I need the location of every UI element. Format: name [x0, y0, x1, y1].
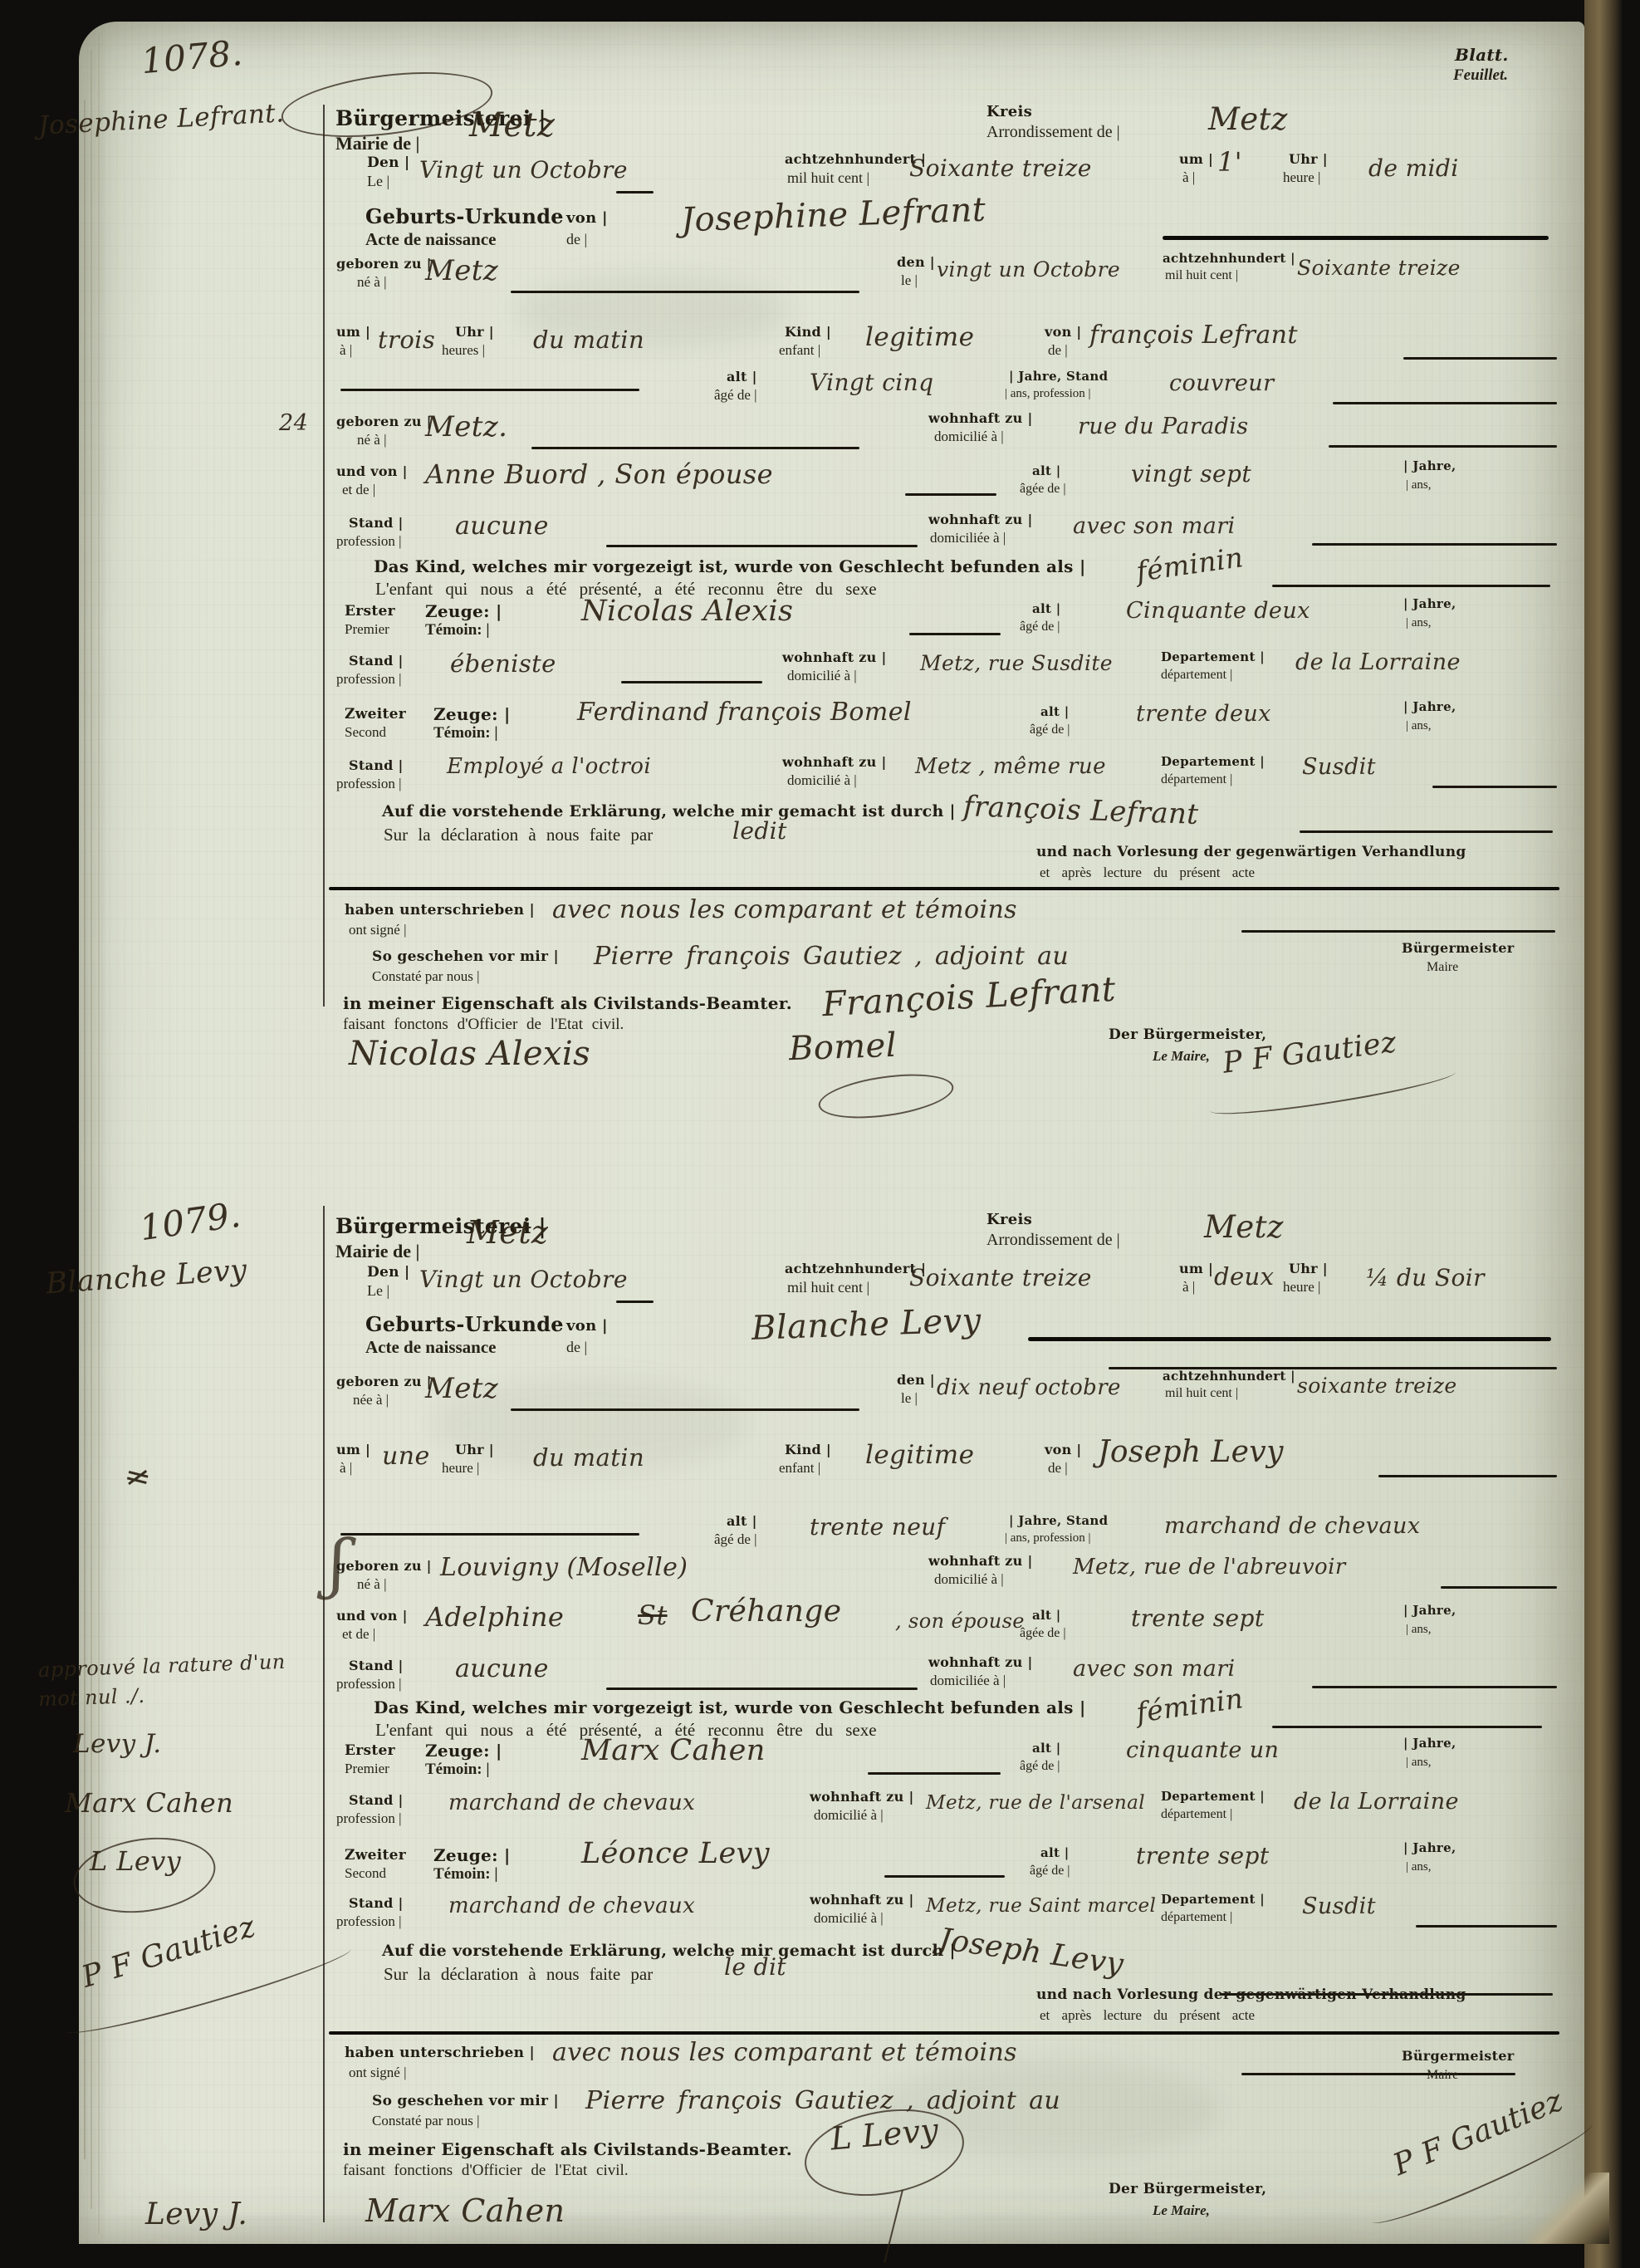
achtzehnhundert-label: achtzehnhundert | [785, 1261, 926, 1276]
departement-de-label: Departement | [1161, 1789, 1265, 1804]
de-label: de | [566, 231, 587, 248]
fill-line [909, 633, 1001, 635]
jahre-label: | Jahre, [1403, 1840, 1456, 1855]
birth-place-value: Metz [425, 1372, 498, 1405]
fill-line [621, 681, 762, 683]
witness1-age-value: Cinquante deux [1126, 598, 1310, 624]
a-label: à | [1182, 1279, 1195, 1296]
stand-label: Stand | [349, 653, 404, 669]
mother-first-value: Adelphine [425, 1601, 564, 1633]
jahre-label: | Jahre, [1403, 1603, 1456, 1618]
mil-huit-cent-label: mil huit cent | [1165, 268, 1238, 283]
haben-label: haben unterschrieben | [345, 902, 535, 918]
wohnhaft-label: wohnhaft zu | [928, 1553, 1033, 1569]
jahre-label: | Jahre, [1403, 1736, 1456, 1751]
heure-label: heure | [1283, 1279, 1320, 1296]
alt-label: alt | [1032, 601, 1061, 616]
book-gutter [1584, 0, 1623, 2268]
profession-label: profession | [336, 1676, 401, 1692]
father-value: Joseph Levy [1098, 1435, 1284, 1469]
recorded-by-value: Pierre françois Gautiez , adjoint au [594, 942, 1069, 971]
zeuge-label: Zeuge: | [433, 704, 511, 724]
nee-a-label: née à | [353, 1392, 389, 1408]
geboren-zu-label: geboren zu | [336, 1374, 432, 1389]
mother-profession-value: aucune [455, 512, 549, 541]
ans-label: | ans, [1406, 1860, 1432, 1874]
birth-year-value: soixante treize [1297, 1374, 1457, 1398]
witness1-residence-value: Metz, rue de l'arsenal [926, 1792, 1145, 1814]
witness2-residence-value: Metz, rue Saint marcel [926, 1895, 1156, 1917]
heure-label: heure | [442, 1460, 479, 1477]
ne-a-label: né à | [357, 274, 387, 291]
wohnhaft-label: wohnhaft zu | [928, 410, 1033, 426]
haben-label: haben unterschrieben | [345, 2045, 535, 2061]
das-kind-label: Das Kind, welches mir vorgezeigt ist, wu… [374, 1697, 1086, 1717]
age-de-label: âgé de | [714, 387, 757, 404]
stand-label: Stand | [349, 1895, 404, 1911]
signature-row-2: Marx Cahen [365, 2192, 565, 2229]
fill-line [606, 1688, 918, 1690]
achtzehnhundert-label: achtzehnhundert | [1163, 251, 1295, 266]
fill-line [340, 389, 639, 391]
wohnhaft-label: wohnhaft zu | [928, 512, 1033, 527]
a-label: à | [340, 342, 352, 359]
domiciliee-label: domiciliée à | [930, 530, 1006, 546]
domicilie-label: domicilié à | [814, 1807, 884, 1824]
zeuge-label: Zeuge: | [425, 601, 502, 621]
um-label: um | [336, 1442, 370, 1457]
act-hour-value: 1' [1217, 146, 1242, 178]
ont-signe-label: ont signé | [349, 922, 407, 938]
age-de-label: âgé de | [714, 1531, 757, 1548]
und-von-label: und von | [336, 1608, 408, 1624]
fill-line [1272, 585, 1550, 587]
und-nach-label: und nach Vorlesung der gegenwärtigen Ver… [1036, 1986, 1466, 2003]
den2-label: den | [897, 254, 935, 270]
so-geschehen-label: So geschehen vor mir | [372, 948, 559, 965]
wohnhaft-label: wohnhaft zu | [810, 1789, 914, 1805]
birth-time-suffix-value: du matin [533, 326, 644, 354]
kind-label: Kind | [785, 324, 831, 340]
profession-label: profession | [336, 1810, 401, 1827]
sur-la-label: Sur la déclaration à nous faite par [384, 825, 653, 845]
departement-de-label: Departement | [1161, 754, 1265, 769]
departement-de-label: Departement | [1161, 1892, 1265, 1907]
birth-hour-value: une [382, 1442, 430, 1471]
zweiter-label: Zweiter [345, 706, 406, 723]
departement-fr-label: département | [1161, 668, 1232, 683]
et-de-label: et de | [342, 482, 375, 498]
birth-day-value: dix neuf octobre [937, 1375, 1121, 1400]
alt-label: alt | [1032, 1608, 1061, 1623]
margin-rule [323, 105, 325, 1007]
margin-signature-2: Marx Cahen [65, 1787, 233, 1819]
erster-label: Erster [345, 603, 395, 620]
birth-year-value: Soixante treize [1297, 256, 1461, 280]
ne-a-label: né à | [357, 1576, 387, 1593]
arrondissement-value: Metz [1204, 1209, 1284, 1245]
age-de-label: âgé de | [1020, 620, 1060, 634]
fill-line [1432, 786, 1557, 788]
auf-die-label: Auf die vorstehende Erklärung, welche mi… [382, 1942, 956, 1960]
mother-profession-value: aucune [455, 1654, 549, 1683]
zweiter-label: Zweiter [345, 1847, 406, 1864]
witness1-value: Marx Cahen [581, 1734, 766, 1767]
um-label: um | [336, 324, 370, 340]
witness2-department-value: Susdit [1302, 1893, 1376, 1919]
witness1-profession-value: ébeniste [450, 649, 556, 678]
heures-label: heures | [442, 342, 485, 359]
wohnhaft-label: wohnhaft zu | [928, 1654, 1033, 1670]
fill-line-heavy [1028, 1337, 1551, 1341]
geboren-zu-label: geboren zu | [336, 414, 432, 429]
geburtsurkunde-label: Geburts-Urkunde [365, 1312, 564, 1336]
fill-line [1416, 1925, 1557, 1928]
stand-label: Stand | [349, 1658, 404, 1673]
stand-label: Stand | [349, 757, 404, 773]
section-divider [329, 2031, 1559, 2035]
faisant-label: faisant fonctions d'Officier de l'Etat c… [343, 2162, 629, 2180]
den2-label: den | [897, 1372, 935, 1388]
birth-place-value: Metz [425, 254, 498, 287]
act-day-value: Vingt un Octobre [419, 156, 628, 184]
agee-de-label: âgée de | [1020, 1626, 1066, 1641]
acte-naissance-label: Acte de naissance [365, 1337, 496, 1358]
departement-fr-label: département | [1161, 1910, 1232, 1925]
act-year-value: Soixante treize [909, 1264, 1092, 1291]
witness2-value: Ferdinand françois Bomel [577, 698, 912, 727]
domicilie-label: domicilié à | [787, 668, 857, 684]
witness2-age-value: trente deux [1136, 701, 1271, 727]
in-meiner-label: in meiner Eigenschaft als Civilstands-Be… [343, 993, 792, 1013]
ans-label: | ans, [1406, 616, 1432, 630]
de-label: de | [566, 1339, 587, 1356]
jahre-label: | Jahre, [1403, 458, 1456, 473]
a-label: à | [1182, 169, 1195, 186]
wohnhaft-label: wohnhaft zu | [810, 1892, 914, 1908]
der-buergermeister-label: Der Bürgermeister, [1109, 1026, 1266, 1043]
in-meiner-label: in meiner Eigenschaft als Civilstands-Be… [343, 2139, 792, 2159]
kreis-label: Kreis [986, 103, 1032, 120]
fill-line [884, 1875, 1005, 1878]
und-nach-label: und nach Vorlesung der gegenwärtigen Ver… [1036, 844, 1466, 860]
mother-suffix-value: , son épouse [895, 1609, 1025, 1633]
domicilie-label: domicilié à | [787, 772, 857, 789]
temoin-label: Témoin: | [425, 1761, 490, 1779]
arrondissement-value: Metz [1208, 101, 1288, 137]
mil-huit-cent-label: mil huit cent | [1165, 1386, 1238, 1401]
ans-profession-label: | ans, profession | [1005, 1531, 1091, 1545]
zeuge-label: Zeuge: | [433, 1845, 511, 1865]
profession-label: profession | [336, 1913, 401, 1930]
age-de-label: âgé de | [1020, 1759, 1060, 1774]
achtzehnhundert-label: achtzehnhundert | [785, 151, 926, 167]
father-profession-value: marchand de chevaux [1164, 1513, 1420, 1539]
temoin-label: Témoin: | [425, 621, 490, 639]
signature-witness2: Bomel [788, 1026, 897, 1069]
ans-label: | ans, [1406, 478, 1432, 492]
witness1-department-value: de la Lorraine [1295, 649, 1461, 675]
fill-line-heavy [1163, 236, 1549, 240]
enfant-label: enfant | [779, 342, 820, 359]
uhr-label: Uhr | [455, 1442, 494, 1457]
acte-naissance-label: Acte de naissance [365, 229, 496, 250]
feuillet-label: Feuillet. [1453, 66, 1508, 85]
jahre-stand-label: | Jahre, Stand [1009, 369, 1108, 384]
father-birth-place-value: Louvigny (Moselle) [440, 1553, 688, 1582]
jahre-label: | Jahre, [1403, 699, 1456, 714]
le-maire-label: Le Maire, [1153, 1048, 1210, 1065]
witness2-residence-value: Metz , même rue [915, 754, 1106, 779]
ne-a-label: né à | [357, 432, 387, 448]
a-label: à | [340, 1460, 352, 1477]
age-de-label: âgé de | [1030, 723, 1070, 737]
filiation-value: legitime [865, 322, 974, 352]
ans-label: | ans, [1406, 719, 1432, 733]
le2-label: le | [901, 1390, 918, 1407]
father-residence-value: Metz, rue de l'abreuvoir [1073, 1555, 1346, 1580]
fill-line [1329, 445, 1557, 448]
second-label: Second [345, 724, 386, 741]
departement-de-label: Departement | [1161, 649, 1265, 664]
et-de-label: et de | [342, 1626, 375, 1643]
mairie-value: Metz [467, 1214, 548, 1251]
arrondissement-label: Arrondissement de | [986, 123, 1120, 142]
witness1-profession-value: marchand de chevaux [448, 1790, 695, 1815]
declared-by-ledit-value: ledit [732, 817, 787, 845]
temoin-label: Témoin: | [433, 724, 498, 742]
faisant-label: faisant fonctons d'Officier de l'Etat ci… [343, 1016, 624, 1034]
ont-signe-label: ont signé | [349, 2065, 407, 2081]
father-value: françois Lefrant [1089, 321, 1298, 350]
page-curl [1526, 2172, 1609, 2244]
temoin-label: Témoin: | [433, 1865, 498, 1883]
um-label: um | [1179, 1261, 1213, 1276]
wohnhaft-label: wohnhaft zu | [782, 754, 887, 770]
fill-line [905, 493, 996, 496]
buergermeister-label: Bürgermeister [1402, 2048, 1514, 2064]
fill-line [616, 191, 654, 193]
witness1-age-value: cinquante un [1126, 1737, 1279, 1763]
fill-line [1378, 1475, 1557, 1477]
et-apres-label: et après lecture du présent acte [1040, 2007, 1255, 2024]
fill-line [1241, 930, 1555, 933]
geboren-zu-label: geboren zu | [336, 1558, 432, 1574]
premier-label: Premier [345, 621, 389, 638]
kind-label: Kind | [785, 1442, 831, 1457]
mairie-label: Mairie de | [335, 133, 419, 154]
father-birth-place-value: Metz. [425, 410, 507, 443]
achtzehnhundert-label: achtzehnhundert | [1163, 1369, 1295, 1384]
geboren-zu-label: geboren zu | [336, 256, 432, 272]
act-hour-value: deux [1214, 1262, 1274, 1291]
alt-label: alt | [1032, 1741, 1061, 1756]
alt-label: alt | [727, 1513, 757, 1529]
margin-folio-number: 24 [279, 410, 308, 436]
von-label: von | [566, 1317, 608, 1335]
den-label: Den | [367, 1264, 410, 1281]
uhr-label: Uhr | [1289, 151, 1328, 167]
ans-label: | ans, [1406, 1623, 1432, 1637]
alt-label: alt | [727, 369, 757, 385]
erster-label: Erster [345, 1742, 395, 1759]
jahre-label: | Jahre, [1403, 596, 1456, 611]
second-label: Second [345, 1865, 386, 1882]
stand-label: Stand | [349, 1792, 404, 1808]
alt-label: alt | [1040, 704, 1070, 719]
constate-label: Constaté par nous | [372, 968, 479, 985]
auf-die-label: Auf die vorstehende Erklärung, welche mi… [382, 802, 956, 820]
zeuge-label: Zeuge: | [425, 1741, 502, 1761]
sur-la-label: Sur la déclaration à nous faite par [384, 1964, 653, 1985]
father-age-value: trente neuf [810, 1513, 945, 1541]
margin-rule [323, 1206, 325, 2222]
act-hour-suffix-value: ¼ du Soir [1366, 1264, 1485, 1291]
fill-line [1312, 1686, 1557, 1688]
margin-signature-1: Levy J. [73, 1729, 162, 1759]
act-hour-suffix-value: de midi [1368, 154, 1459, 182]
fill-line [511, 291, 859, 293]
de-label: de | [1048, 1460, 1068, 1477]
mother-age-value: vingt sept [1131, 460, 1251, 487]
fill-line [340, 1533, 639, 1536]
mairie-value: Metz [469, 106, 555, 145]
fill-line [531, 447, 859, 449]
maire-label: Maire [1427, 960, 1458, 975]
constate-label: Constaté par nous | [372, 2113, 479, 2129]
kreis-label: Kreis [986, 1211, 1032, 1228]
mother-last-value: Créhange [691, 1594, 841, 1629]
father-age-value: Vingt cinq [810, 369, 933, 396]
mother-residence-value: avec son mari [1073, 513, 1236, 539]
father-profession-value: couvreur [1169, 370, 1274, 396]
fill-line [1312, 543, 1557, 546]
de-label: de | [1048, 342, 1068, 359]
departement-fr-label: département | [1161, 1807, 1232, 1822]
signature-row-1: Levy J. [145, 2197, 247, 2231]
wohnhaft-label: wohnhaft zu | [782, 649, 887, 665]
arrondissement-label: Arrondissement de | [986, 1231, 1120, 1250]
geburtsurkunde-label: Geburts-Urkunde [365, 204, 564, 228]
fill-line [606, 545, 918, 547]
fill-line [1333, 402, 1557, 404]
le2-label: le | [901, 272, 918, 289]
le-maire-label: Le Maire, [1153, 2202, 1210, 2219]
enfant-label: enfant | [779, 1460, 820, 1477]
witness1-residence-value: Metz, rue Susdite [920, 651, 1113, 675]
fill-line [868, 1772, 1001, 1775]
act-year-value: Soixante treize [909, 154, 1092, 182]
le-label: Le | [367, 173, 389, 190]
so-geschehen-label: So geschehen vor mir | [372, 2093, 559, 2109]
fill-line [511, 1408, 859, 1411]
profession-label: profession | [336, 533, 401, 550]
le-label: Le | [367, 1282, 389, 1300]
section-divider [329, 887, 1559, 890]
witness2-profession-value: Employé a l'octroi [447, 754, 651, 779]
das-kind-label: Das Kind, welches mir vorgezeigt ist, wu… [374, 556, 1086, 576]
der-buergermeister-label: Der Bürgermeister, [1109, 2181, 1266, 2197]
mil-huit-cent-label: mil huit cent | [787, 169, 869, 187]
premier-label: Premier [345, 1761, 389, 1777]
mil-huit-cent-label: mil huit cent | [787, 1279, 869, 1296]
margin-note-line2: mot nul ./. [38, 1684, 145, 1711]
fill-line [1441, 1586, 1557, 1589]
mother-residence-value: avec son mari [1073, 1656, 1236, 1682]
alt-label: alt | [1032, 463, 1061, 478]
fill-line [1272, 1726, 1542, 1728]
child-name-value: Blanche Levy [751, 1301, 982, 1348]
fill-line [1403, 357, 1557, 360]
mother-struck-word: St [638, 1599, 668, 1631]
mother-value: Anne Buord , Son épouse [425, 458, 773, 490]
fill-line [616, 1301, 654, 1303]
witness2-profession-value: marchand de chevaux [448, 1893, 695, 1918]
maire-label: Maire [1427, 2068, 1458, 2083]
father-residence-value: rue du Paradis [1078, 414, 1249, 439]
page-stack-edge [84, 100, 86, 2159]
domicilie-label: domicilié à | [814, 1910, 884, 1927]
jahre-stand-label: | Jahre, Stand [1009, 1513, 1108, 1528]
profession-label: profession | [336, 776, 401, 792]
witness1-value: Nicolas Alexis [581, 595, 793, 628]
uhr-label: Uhr | [455, 324, 494, 340]
fill-line [1300, 830, 1553, 833]
buergermeister-label: Bürgermeister [1402, 940, 1514, 956]
profession-label: profession | [336, 671, 401, 688]
witness2-value: Léonce Levy [581, 1837, 770, 1870]
age-de-label: âgé de | [1030, 1864, 1070, 1879]
stand-label: Stand | [349, 515, 404, 531]
und-von-label: und von | [336, 463, 408, 479]
um-label: um | [1179, 151, 1213, 167]
domiciliee-label: domiciliée à | [930, 1673, 1006, 1689]
recorded-by-value: Pierre françois Gautiez , adjoint au [585, 2086, 1060, 2115]
departement-fr-label: département | [1161, 772, 1232, 787]
von-label: von | [1045, 1442, 1082, 1457]
von-label: von | [566, 209, 608, 227]
birth-hour-value: trois [378, 326, 435, 354]
ans-label: | ans, [1406, 1756, 1432, 1770]
fill-line [1241, 2073, 1515, 2075]
birth-day-value: vingt un Octobre [937, 257, 1120, 282]
ans-profession-label: | ans, profession | [1005, 387, 1091, 401]
witness1-department-value: de la Lorraine [1294, 1789, 1459, 1815]
act-day-value: Vingt un Octobre [419, 1266, 628, 1293]
heure-label: heure | [1283, 169, 1320, 186]
et-apres-label: et après lecture du présent acte [1040, 865, 1255, 881]
den-label: Den | [367, 154, 410, 171]
mairie-label: Mairie de | [335, 1241, 419, 1262]
domicilie-label: domicilié à | [934, 1571, 1004, 1588]
signature-witness1: Nicolas Alexis [349, 1035, 590, 1073]
signed-with-value: avec nous les comparant et témoins [552, 895, 1017, 924]
filiation-value: legitime [865, 1440, 974, 1470]
witness2-department-value: Susdit [1302, 754, 1376, 780]
blatt-label: Blatt. [1455, 45, 1509, 65]
signed-with-value: avec nous les comparant et témoins [552, 2038, 1017, 2067]
mother-age-value: trente sept [1131, 1604, 1264, 1632]
agee-de-label: âgée de | [1020, 482, 1066, 497]
uhr-label: Uhr | [1289, 1261, 1328, 1276]
birth-time-suffix-value: du matin [533, 1443, 644, 1472]
von-label: von | [1045, 324, 1082, 340]
witness2-age-value: trente sept [1136, 1842, 1269, 1869]
declared-by-ledit-value: le dit [724, 1953, 786, 1981]
domicilie-label: domicilié à | [934, 429, 1004, 445]
alt-label: alt | [1040, 1845, 1070, 1860]
scanned-register-page: Blatt. Feuillet. 1078. Josephine Lefrant… [0, 0, 1640, 2268]
